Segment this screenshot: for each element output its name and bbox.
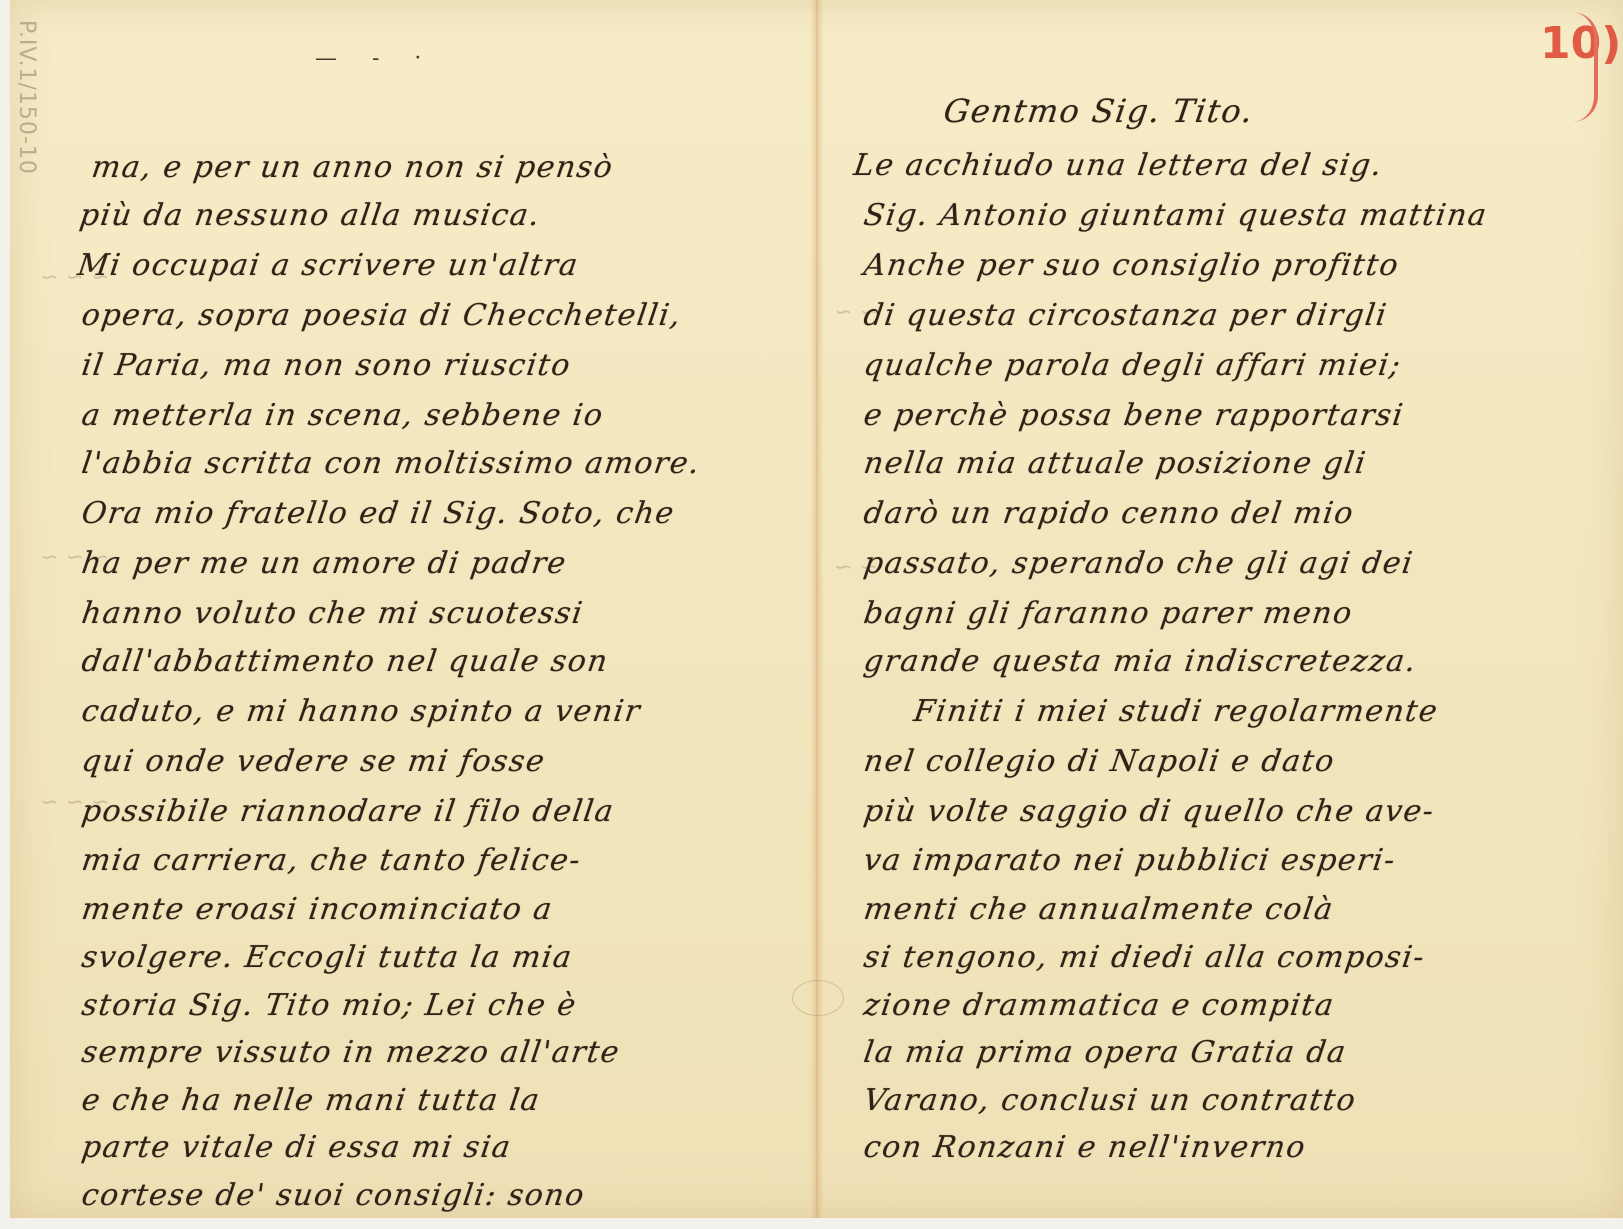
left-line-7: l'abbia scritta con moltissimo amore. xyxy=(80,446,703,481)
right-line-6: e perchè possa bene rapportarsi xyxy=(862,398,1407,433)
right-line-7: nella mia attuale posizione gli xyxy=(862,446,1369,481)
right-line-3: Anche per suo consiglio profitto xyxy=(862,248,1402,283)
right-line-15: va imparato nei pubblici esperi- xyxy=(862,843,1399,878)
left-line-16: mente eroasi incominciato a xyxy=(80,892,556,927)
left-line-3: Mi occupai a scrivere un'altra xyxy=(76,248,582,283)
left-line-1: ma, e per un anno non si pensò xyxy=(90,150,616,185)
letter-sheet: — - · 10) ~ ~ ~ ~ ~ ~ ~ ~ ~ ma, e per un… xyxy=(10,0,1623,1218)
right-line-4: di questa circostanza per dirgli xyxy=(862,298,1390,333)
scan-left-margin xyxy=(0,0,10,1229)
left-page: ~ ~ ~ ~ ~ ~ ~ ~ ~ ma, e per un anno non … xyxy=(20,0,810,1218)
left-line-11: dall'abbattimento nel quale son xyxy=(80,644,611,679)
center-fold xyxy=(810,0,824,1218)
right-line-14: più volte saggio di quello che ave- xyxy=(862,794,1437,829)
left-line-4: opera, sopra poesia di Checchetelli, xyxy=(80,298,684,333)
left-line-19: sempre vissuto in mezzo all'arte xyxy=(80,1035,623,1070)
left-line-17: svolgere. Eccogli tutta la mia xyxy=(80,940,575,975)
right-line-16: menti che annualmente colà xyxy=(862,892,1337,927)
left-line-21: parte vitale di essa mi sia xyxy=(80,1130,514,1165)
left-line-10: hanno voluto che mi scuotessi xyxy=(80,596,586,631)
left-line-12: caduto, e mi hanno spinto a venir xyxy=(80,694,644,729)
right-page: ~ ~ ~ ~ Gentmo Sig. Tito. Le acchiudo un… xyxy=(824,0,1623,1218)
right-line-12: Finiti i miei studi regolarmente xyxy=(912,694,1441,729)
right-line-20: Varano, conclusi un contratto xyxy=(862,1083,1359,1118)
left-line-2: più da nessuno alla musica. xyxy=(78,198,543,233)
left-line-6: a metterla in scena, sebbene io xyxy=(80,398,607,433)
scan-bottom-margin xyxy=(0,1218,1623,1229)
right-line-11: grande questa mia indiscretezza. xyxy=(862,644,1420,679)
right-line-5: qualche parola degli affari miei; xyxy=(862,348,1404,383)
right-line-17: si tengono, mi diedi alla composi- xyxy=(862,940,1428,975)
left-line-5: il Paria, ma non sono riuscito xyxy=(80,348,574,383)
left-line-20: e che ha nelle mani tutta la xyxy=(80,1083,543,1118)
left-line-9: ha per me un amore di padre xyxy=(80,546,570,581)
right-line-2: Sig. Antonio giuntami questa mattina xyxy=(862,198,1490,233)
right-line-13: nel collegio di Napoli e dato xyxy=(862,744,1338,779)
left-line-14: possibile riannodare il filo della xyxy=(80,794,617,829)
left-line-15: mia carriera, che tanto felice- xyxy=(80,843,584,878)
right-line-1: Le acchiudo una lettera del sig. xyxy=(852,148,1386,183)
folio-bracket xyxy=(1572,12,1598,122)
right-line-8: darò un rapido cenno del mio xyxy=(862,496,1357,531)
archive-shelfmark: P.IV.1/150-10 xyxy=(14,20,39,175)
left-line-18: storia Sig. Tito mio; Lei che è xyxy=(80,988,580,1023)
right-line-10: bagni gli faranno parer meno xyxy=(862,596,1356,631)
right-line-9: passato, sperando che gli agi dei xyxy=(862,546,1416,581)
salutation: Gentmo Sig. Tito. xyxy=(941,92,1256,130)
right-line-18: zione drammatica e compita xyxy=(862,988,1337,1023)
left-line-8: Ora mio fratello ed il Sig. Soto, che xyxy=(80,496,678,531)
left-line-22: cortese de' suoi consigli: sono xyxy=(80,1178,588,1213)
right-line-19: la mia prima opera Gratia da xyxy=(862,1035,1350,1070)
left-line-13: qui onde vedere se mi fosse xyxy=(80,744,548,779)
right-line-21: con Ronzani e nell'inverno xyxy=(862,1130,1309,1165)
